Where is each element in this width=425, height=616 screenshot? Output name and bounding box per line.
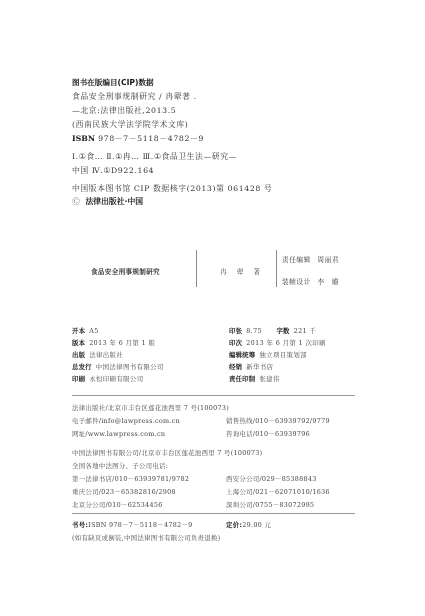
branch-phone: 上海公司/021－62071010/1636 (226, 487, 330, 496)
spec-publisher: 出版法律出版社 (72, 350, 123, 359)
book-author: 冉 翚 著 (220, 266, 264, 276)
cip-heading: 图书在版编目(CIP)数据 (72, 77, 154, 88)
title-divider-1 (196, 250, 197, 287)
credit-editor-name: 周丽君 (317, 256, 339, 264)
spec-printing: 印次2013 年 6 月第 1 次印刷 (229, 338, 326, 347)
publisher-address: 法律出版社/北京市丰台区莲花池西里 7 号(100073) (72, 403, 229, 412)
cip-isbn-value: 978－7－5118－4782－9 (98, 134, 204, 143)
branch-phone: 第一法律书店/010－63939781/9782 (72, 474, 189, 483)
spec-seller-value: 新华书店 (246, 363, 273, 371)
spec-printing-value: 2013 年 6 月第 1 次印刷 (246, 339, 326, 347)
copyright-line: Ⓒ 法律出版社·中国 (72, 196, 143, 207)
spec-printer-value: 永恒印刷有限公司 (89, 375, 143, 383)
spec-wordcount-value: 221 千 (294, 327, 317, 335)
spec-editorial-value: 独立项目策划部 (259, 351, 307, 359)
cip-isbn-label: ISBN (72, 134, 95, 143)
branches-heading: 全国各地中法图分、子公司电话: (72, 461, 168, 470)
spec-print-supervisor: 责任印制张建伟 (229, 374, 280, 383)
cip-classification-2: 中国 Ⅳ.①D922.164 (72, 165, 154, 176)
credit-designer-name: 李 瞻 (317, 278, 341, 286)
publisher-website[interactable]: 网址/www.lawpress.com.cn (72, 429, 165, 438)
book-title: 食品安全刑事规制研究 (91, 266, 160, 276)
spec-distributor-label: 总发行 (72, 363, 92, 371)
spec-format-value: A5 (89, 327, 98, 335)
book-number-value: ISBN 978－7－5118－4782－9 (88, 521, 192, 529)
spec-distributor-value: 中国法律图书有限公司 (96, 363, 164, 371)
spec-publisher-label: 出版 (72, 351, 85, 359)
credit-editor-role: 责任编辑 (282, 256, 311, 264)
spec-seller: 经销新华书店 (229, 362, 273, 371)
cip-line-title: 食品安全刑事规制研究 / 冉翚著 . (72, 91, 197, 102)
spec-printer: 印刷永恒印刷有限公司 (72, 374, 144, 383)
title-divider-2 (276, 250, 277, 287)
spec-format: 开本A5 (72, 326, 99, 335)
spec-sheets-label: 印张 (229, 327, 242, 335)
spec-print-supervisor-label: 责任印制 (229, 375, 255, 383)
spec-print-supervisor-value: 张建伟 (259, 375, 279, 383)
divider-rule-1 (72, 395, 355, 396)
spec-distributor: 总发行中国法律图书有限公司 (72, 362, 164, 371)
publisher-email[interactable]: 电子邮件/info@lawpress.com.cn (72, 416, 180, 425)
spec-edition-value: 2013 年 6 月第 1 版 (89, 339, 155, 347)
spec-sheets: 印张8.75 字数221 千 (229, 326, 316, 335)
distributor-address: 中国法律图书有限公司/北京市丰台区莲花池西里 7 号(100073) (72, 448, 262, 457)
spec-wordcount-label: 字数 (276, 327, 289, 335)
branch-phone: 重庆公司/023－65382816/2908 (72, 487, 176, 496)
spec-format-label: 开本 (72, 327, 85, 335)
publisher-inquiry-phone: 咨询电话/010－63939796 (226, 429, 310, 438)
cip-isbn: ISBN 978－7－5118－4782－9 (72, 133, 204, 144)
spec-editorial-label: 编辑统筹 (229, 351, 255, 359)
credit-designer-role: 装帧设计 (282, 278, 311, 286)
cip-line-publisher: —北京:法律出版社,2013.5 (72, 105, 176, 116)
copyright-page: 图书在版编目(CIP)数据 食品安全刑事规制研究 / 冉翚著 . —北京:法律出… (0, 0, 425, 616)
book-number-label: 书号: (72, 521, 88, 529)
spec-sheets-value: 8.75 (246, 327, 262, 335)
spec-seller-label: 经销 (229, 363, 242, 371)
book-price: 定价:29.00 元 (226, 520, 271, 529)
spec-edition: 版本2013 年 6 月第 1 版 (72, 338, 155, 347)
branch-phone: 深圳公司/0755－83072995 (226, 500, 314, 509)
book-number: 书号:ISBN 978－7－5118－4782－9 (72, 520, 193, 529)
credit-editor: 责任编辑 周丽君 (282, 254, 339, 264)
spec-printing-label: 印次 (229, 339, 242, 347)
price-value: 29.00 元 (242, 521, 271, 529)
cip-classification-1: Ⅰ.①食… Ⅱ.①冉… Ⅲ.①食品卫生法—研究— (72, 151, 237, 162)
branch-phone: 西安分公司/029－85388843 (226, 474, 317, 483)
spec-printer-label: 印刷 (72, 375, 85, 383)
divider-rule-2 (72, 513, 355, 514)
branch-phone: 北京分公司/010－62534456 (72, 500, 163, 509)
spec-editorial: 编辑统筹独立项目策划部 (229, 350, 307, 359)
cip-line-series: (西南民族大学法学院学术文库) (72, 119, 188, 130)
return-notice: (如有缺页或倒装,中国法律图书有限公司负责退换) (72, 533, 220, 542)
copyright-icon: Ⓒ (72, 197, 80, 206)
cip-record-number: 中国版本图书馆 CIP 数据核字(2013)第 061428 号 (72, 183, 272, 194)
spec-publisher-value: 法律出版社 (89, 351, 123, 359)
spec-edition-label: 版本 (72, 339, 85, 347)
copyright-holder: 法律出版社·中国 (86, 197, 144, 206)
price-label: 定价: (226, 521, 242, 529)
publisher-sales-hotline: 销售热线/010－63939792/9779 (226, 416, 330, 425)
credit-designer: 装帧设计 李 瞻 (282, 276, 342, 286)
